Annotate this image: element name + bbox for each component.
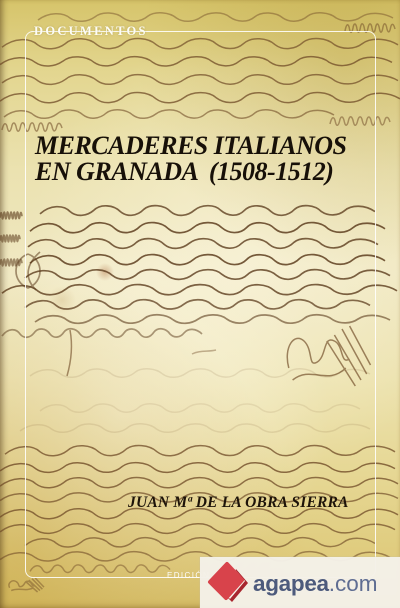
series-label: DOCUMENTOS: [34, 24, 148, 39]
agapea-watermark[interactable]: agapea.com: [200, 557, 400, 608]
book-cover: DOCUMENTOS MERCADERES ITALIANOS EN GRANA…: [0, 0, 400, 608]
agapea-brand-text: agapea.com: [253, 571, 378, 597]
book-title-line1: MERCADERES ITALIANOS: [35, 133, 347, 159]
agapea-domain-suffix: .com: [329, 571, 378, 596]
book-title-line2: EN GRANADA (1508-1512): [35, 159, 347, 185]
author-name: JUAN Mª DE LA OBRA SIERRA: [128, 494, 349, 512]
open-book-icon: [205, 561, 251, 607]
book-title: MERCADERES ITALIANOS EN GRANADA (1508-15…: [35, 133, 347, 184]
agapea-brand-name: agapea: [253, 571, 329, 596]
